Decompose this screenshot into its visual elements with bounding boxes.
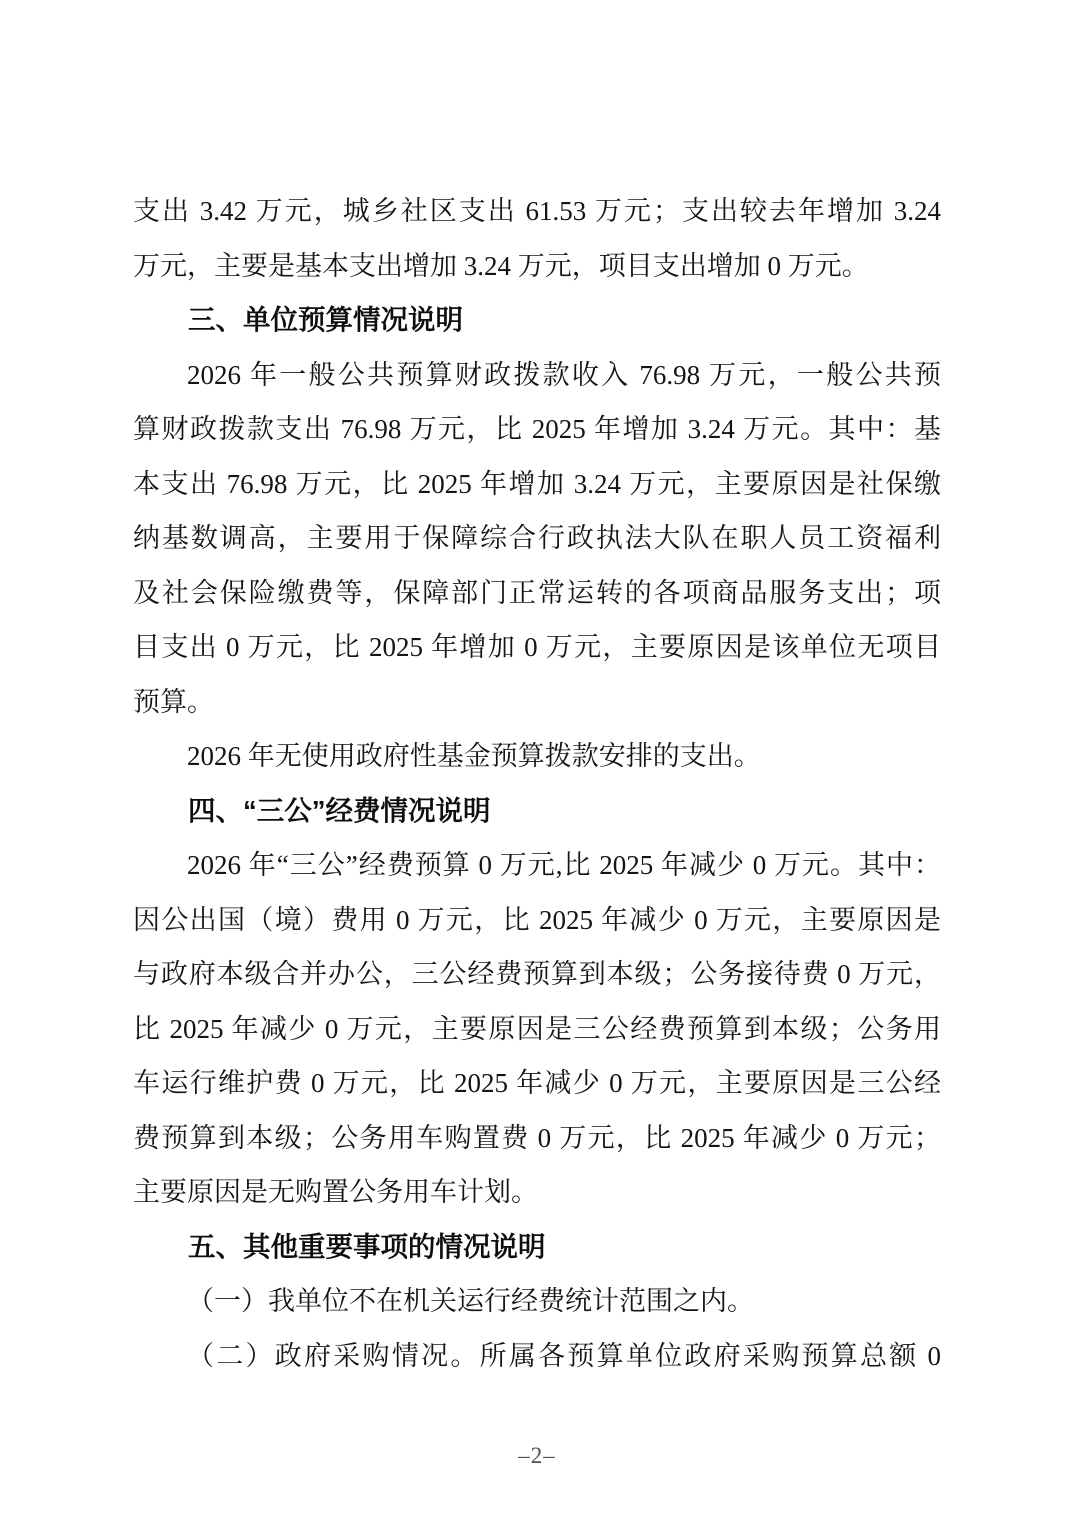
document-page: 支出 3.42 万元，城乡社区支出 61.53 万元；支出较去年增加 3.24 …: [0, 0, 1074, 1520]
body-line: 及社会保险缴费等，保障部门正常运转的各项商品服务支出；项: [133, 566, 941, 621]
body-line: 纳基数调高，主要用于保障综合行政执法大队在职人员工资福利: [133, 511, 941, 566]
body-line: 万元，主要是基本支出增加 3.24 万元，项目支出增加 0 万元。: [133, 239, 941, 294]
body-line: 费预算到本级；公务用车购置费 0 万元，比 2025 年减少 0 万元；: [133, 1111, 941, 1166]
page-number: –2–: [0, 1443, 1074, 1469]
body-line: 2026 年一般公共预算财政拨款收入 76.98 万元，一般公共预: [133, 348, 941, 403]
body-line: 因公出国（境）费用 0 万元，比 2025 年减少 0 万元，主要原因是: [133, 893, 941, 948]
body-line: 本支出 76.98 万元，比 2025 年增加 3.24 万元，主要原因是社保缴: [133, 457, 941, 512]
body-line: （一）我单位不在机关运行经费统计范围之内。: [133, 1274, 941, 1329]
body-line: 主要原因是无购置公务用车计划。: [133, 1165, 941, 1220]
section-heading-5: 五、其他重要事项的情况说明: [133, 1220, 941, 1275]
body-line: 支出 3.42 万元，城乡社区支出 61.53 万元；支出较去年增加 3.24: [133, 184, 941, 239]
document-body: 支出 3.42 万元，城乡社区支出 61.53 万元；支出较去年增加 3.24 …: [133, 184, 941, 1383]
section-heading-4: 四、“三公”经费情况说明: [133, 784, 941, 839]
body-line: 车运行维护费 0 万元，比 2025 年减少 0 万元，主要原因是三公经: [133, 1056, 941, 1111]
body-line: （二）政府采购情况。所属各预算单位政府采购预算总额 0: [133, 1329, 941, 1384]
body-line: 算财政拨款支出 76.98 万元，比 2025 年增加 3.24 万元。其中：基: [133, 402, 941, 457]
body-line: 目支出 0 万元，比 2025 年增加 0 万元，主要原因是该单位无项目: [133, 620, 941, 675]
body-line: 2026 年“三公”经费预算 0 万元,比 2025 年减少 0 万元。其中：: [133, 838, 941, 893]
body-line: 与政府本级合并办公，三公经费预算到本级；公务接待费 0 万元，: [133, 947, 941, 1002]
body-line: 预算。: [133, 675, 941, 730]
section-heading-3: 三、单位预算情况说明: [133, 293, 941, 348]
body-line: 2026 年无使用政府性基金预算拨款安排的支出。: [133, 729, 941, 784]
body-line: 比 2025 年减少 0 万元，主要原因是三公经费预算到本级；公务用: [133, 1002, 941, 1057]
